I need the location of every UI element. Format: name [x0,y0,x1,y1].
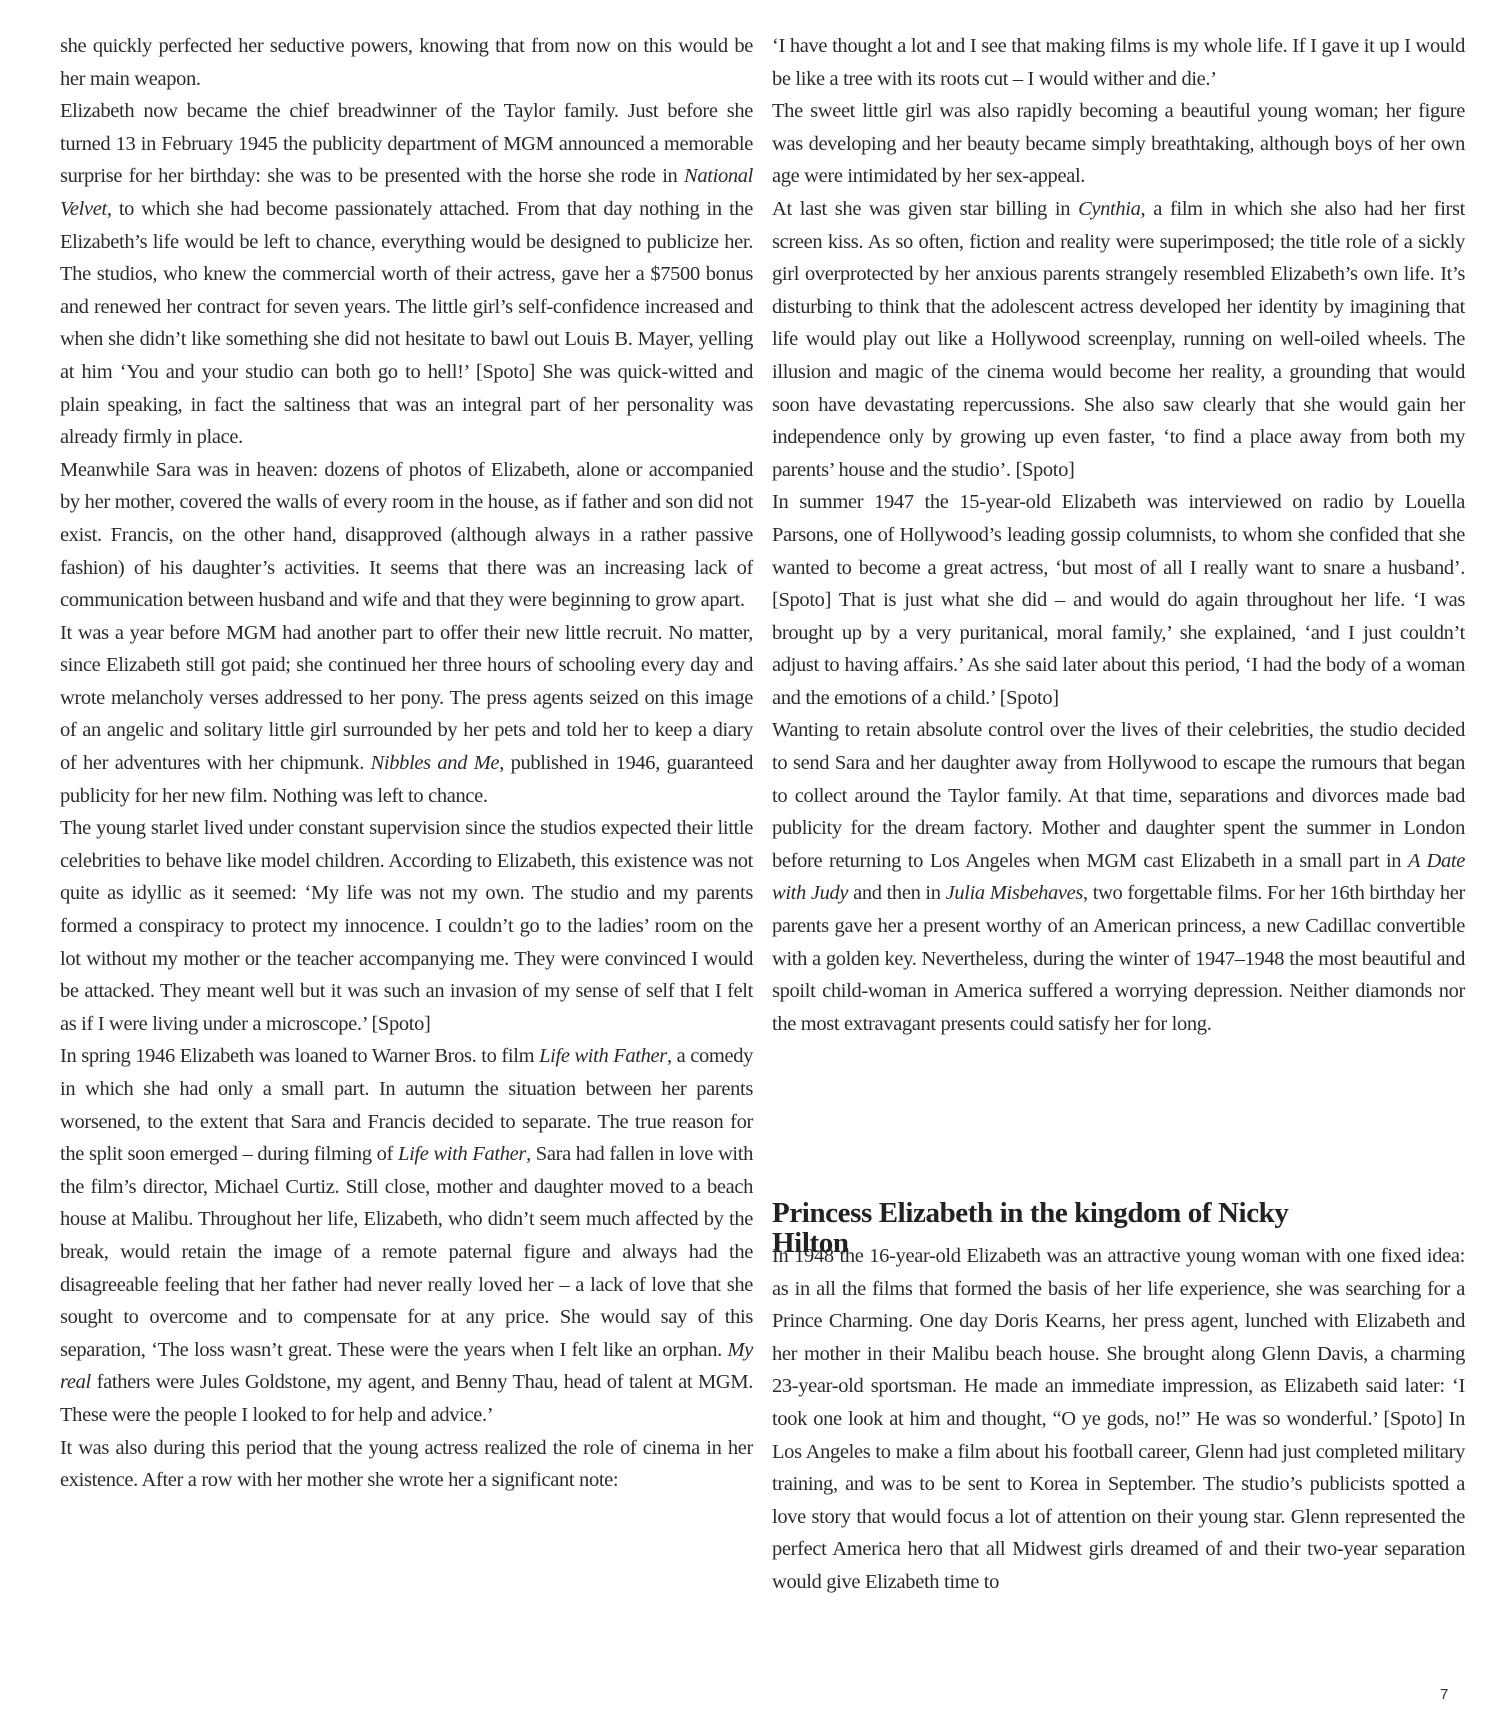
text-run: , a film in which she also had her first… [772,198,1465,481]
paragraph: It was a year before MGM had another par… [60,617,753,813]
text-run: At last she was given star billing in [772,198,1078,220]
paragraph: In spring 1946 Elizabeth was loaned to W… [60,1040,753,1431]
text-run: Meanwhile Sara was in heaven: dozens of … [60,459,753,611]
text-run: , two forgettable films. For her 16th bi… [772,882,1465,1034]
text-run: In spring 1946 Elizabeth was loaned to W… [60,1045,539,1067]
left-column: she quickly perfected her seductive powe… [60,30,753,1497]
text-run: , to which she had become passionately a… [60,198,753,448]
book-page: she quickly perfected her seductive powe… [0,0,1500,1714]
paragraph: she quickly perfected her seductive powe… [60,30,753,95]
italic-title: Cynthia [1078,198,1140,220]
paragraph: It was also during this period that the … [60,1432,753,1497]
text-run: and then in [848,882,945,904]
page-number: 7 [1440,1686,1448,1703]
right-column-upper: ‘I have thought a lot and I see that mak… [772,30,1465,1040]
text-run: ‘I have thought a lot and I see that mak… [772,35,1465,90]
text-run: In summer 1947 the 15-year-old Elizabeth… [772,491,1465,709]
italic-title: Life with Father [398,1143,526,1165]
text-run: Wanting to retain absolute control over … [772,719,1465,871]
text-run: In 1948 the 16-year-old Elizabeth was an… [772,1245,1465,1593]
paragraph: The sweet little girl was also rapidly b… [772,95,1465,193]
text-run: The young starlet lived under constant s… [60,817,753,1035]
italic-title: Nibbles and Me [371,752,500,774]
paragraph: Wanting to retain absolute control over … [772,714,1465,1040]
text-run: It was also during this period that the … [60,1437,753,1492]
text-run: she quickly perfected her seductive powe… [60,35,753,90]
paragraph: The young starlet lived under constant s… [60,812,753,1040]
paragraph: Elizabeth now became the chief breadwinn… [60,95,753,454]
italic-title: Julia Misbehaves [946,882,1083,904]
text-run: The sweet little girl was also rapidly b… [772,100,1465,187]
right-column-lower: In 1948 the 16-year-old Elizabeth was an… [772,1240,1465,1599]
text-run: , Sara had fallen in love with the film’… [60,1143,753,1361]
italic-title: Life with Father [539,1045,667,1067]
paragraph: In 1948 the 16-year-old Elizabeth was an… [772,1240,1465,1599]
paragraph: In summer 1947 the 15-year-old Elizabeth… [772,486,1465,714]
paragraph: Meanwhile Sara was in heaven: dozens of … [60,454,753,617]
text-run: Elizabeth now became the chief breadwinn… [60,100,753,187]
paragraph: ‘I have thought a lot and I see that mak… [772,30,1465,95]
paragraph: At last she was given star billing in Cy… [772,193,1465,486]
text-run: fathers were Jules Goldstone, my agent, … [60,1371,753,1426]
